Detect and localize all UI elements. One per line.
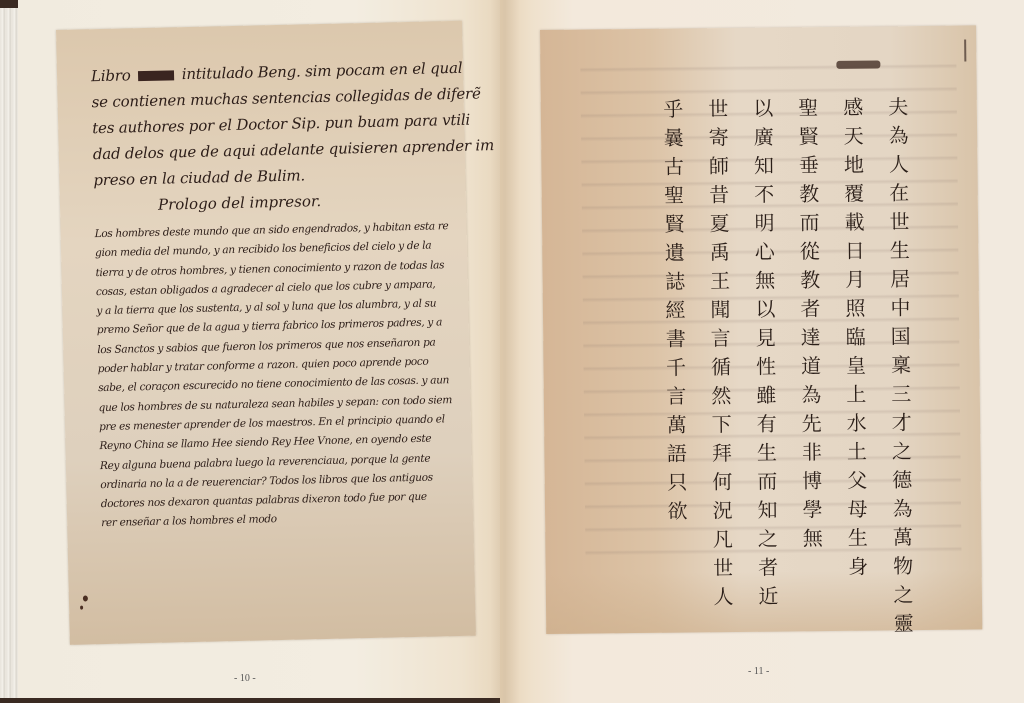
- text-column: 夫為人在世生居中国稟三才之德為萬物之靈: [879, 96, 921, 642]
- text-column: 世寄師昔夏禹王聞言循然下拜何況凡世人: [699, 98, 741, 644]
- edge-mark: [964, 40, 966, 62]
- text-column: 聖賢垂教而從教者達道為先非博學無: [789, 97, 831, 643]
- chinese-manuscript-text: 夫為人在世生居中国稟三才之德為萬物之靈 感天地覆載日月照臨皇上水土父母生身 聖賢…: [654, 96, 921, 644]
- page-number-left: - 10 -: [234, 673, 256, 684]
- text-column: 以廣知不明心無以見性雖有生而知之者近: [744, 97, 786, 643]
- page-number-right: - 11 -: [748, 666, 769, 677]
- spanish-manuscript-text: Libro intitulado Beng. sim pocam en el q…: [91, 55, 462, 534]
- redaction-mark: [138, 70, 174, 81]
- chinese-manuscript-plate: 夫為人在世生居中国稟三才之德為萬物之靈 感天地覆載日月照臨皇上水土父母生身 聖賢…: [540, 25, 982, 634]
- ink-stain: [80, 606, 83, 610]
- text-column: 乎曩古聖賢遺誌經書千言萬語只欲: [654, 98, 696, 644]
- ink-stain: [83, 595, 88, 601]
- ink-blot: [836, 60, 880, 68]
- spanish-manuscript-plate: Libro intitulado Beng. sim pocam en el q…: [56, 21, 476, 645]
- prologue-heading: Prologo del impresor.: [158, 189, 454, 214]
- open-book-spread: Libro intitulado Beng. sim pocam en el q…: [0, 0, 1024, 703]
- text-column: 感天地覆載日月照臨皇上水土父母生身: [834, 97, 876, 643]
